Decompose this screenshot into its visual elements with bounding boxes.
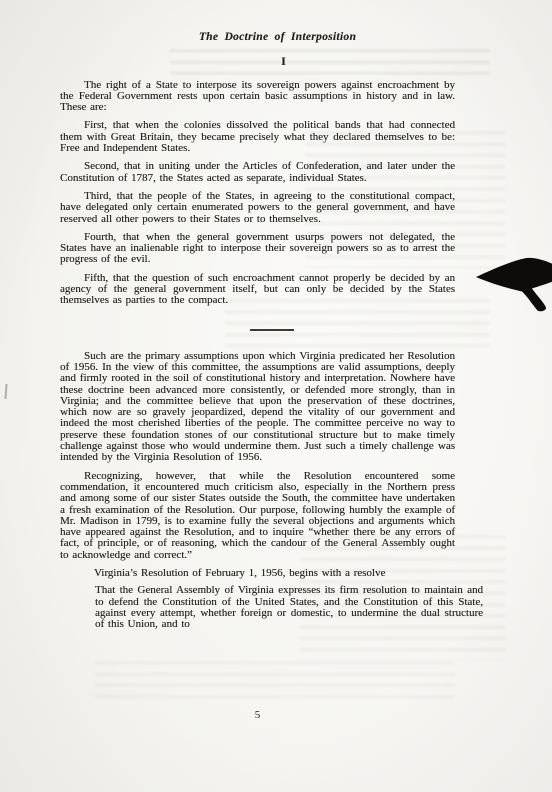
point-first-paragraph: First, that when the colonies dissolved … bbox=[60, 120, 455, 154]
section-numeral: I bbox=[86, 56, 481, 67]
resolve-quote-block: That the General Assembly of Virginia ex… bbox=[95, 585, 483, 630]
point-second-paragraph: Second, that in uniting under the Articl… bbox=[60, 161, 455, 184]
point-fifth-paragraph: Fifth, that the question of such encroac… bbox=[60, 273, 455, 307]
section-divider-rule bbox=[250, 329, 294, 331]
point-third-paragraph: Third, that the people of the States, in… bbox=[60, 191, 455, 225]
point-fourth-paragraph: Fourth, that when the general government… bbox=[60, 232, 455, 266]
margin-ink-mark bbox=[4, 384, 7, 399]
resolve-intro-line: Virginia’s Resolution of February 1, 195… bbox=[60, 568, 455, 579]
page-title: The Doctrine of Interposition bbox=[80, 32, 475, 43]
recognizing-paragraph: Recognizing, however, that while the Res… bbox=[60, 471, 455, 561]
scanned-document-page: The Doctrine of Interposition I The righ… bbox=[0, 0, 552, 792]
assumptions-paragraph: Such are the primary assumptions upon wh… bbox=[60, 351, 455, 464]
text-block: The Doctrine of Interposition I The righ… bbox=[60, 0, 455, 630]
bleed-through-artifact bbox=[95, 658, 455, 702]
intro-paragraph: The right of a State to interpose its so… bbox=[60, 80, 455, 114]
margin-arrow-icon bbox=[472, 250, 552, 316]
page-number: 5 bbox=[60, 709, 455, 721]
